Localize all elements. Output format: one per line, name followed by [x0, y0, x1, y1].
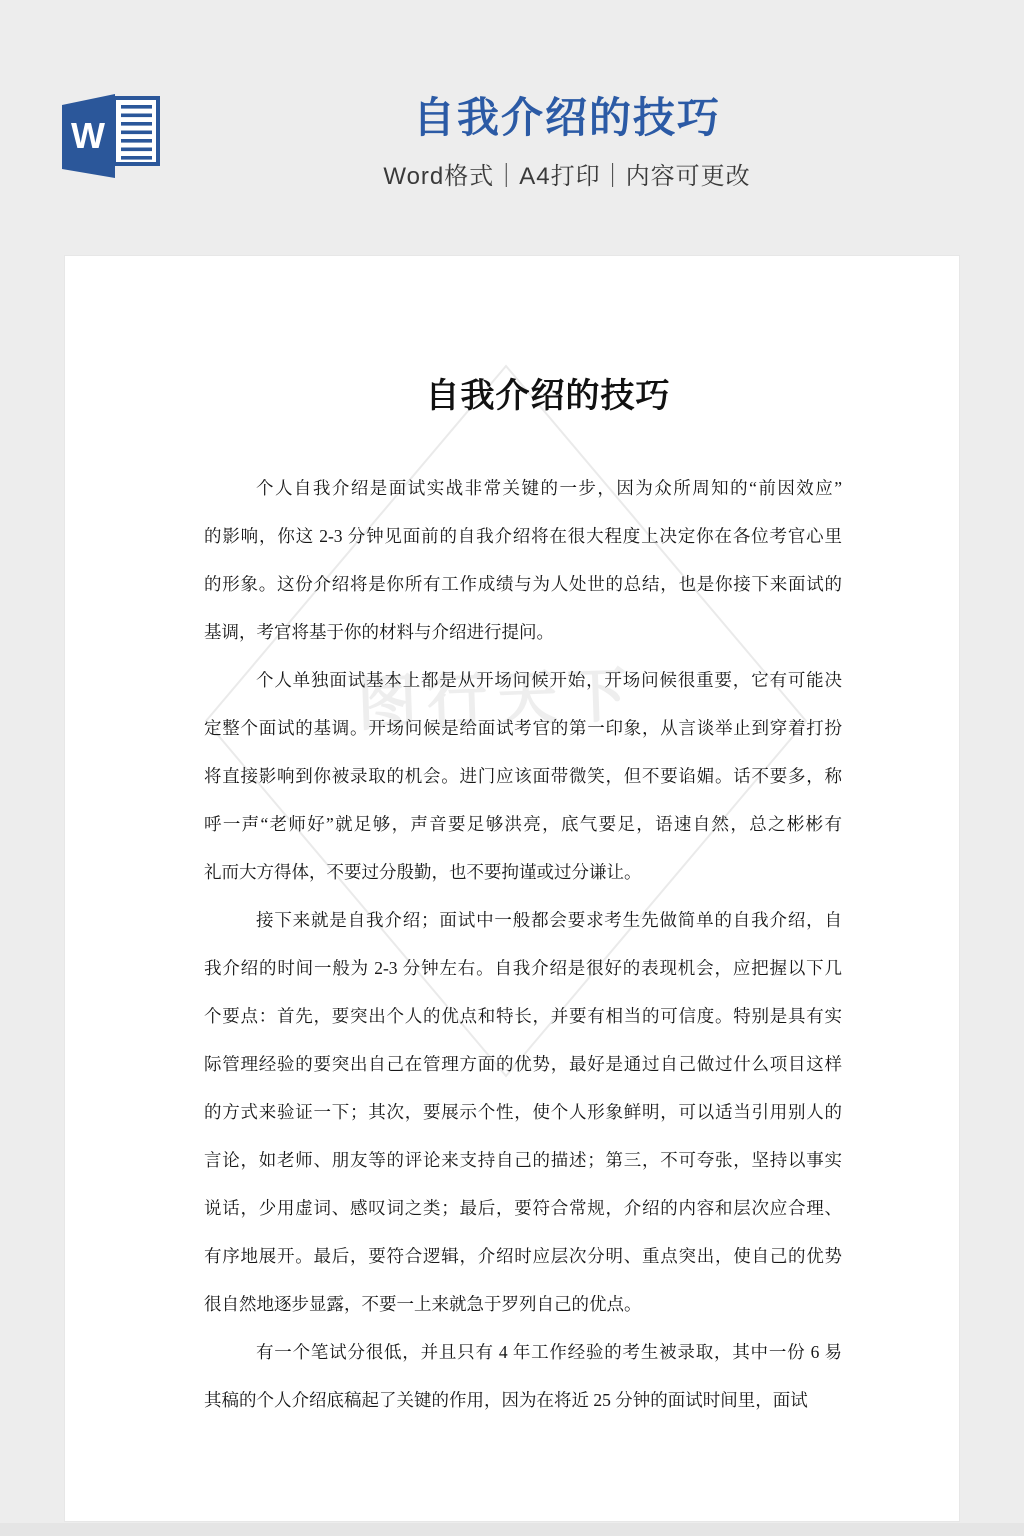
text-line-p2-l3: 将直接影响到你被录取的机会。进门应该面带微笑，但不要谄媚。话不要多，称 [204, 752, 842, 800]
text-line-p2-l4: 呼一声“老师好”就足够，声音要足够洪亮，底气要足，语速自然，总之彬彬有 [204, 800, 842, 848]
document-body: 个人自我介绍是面试实战非常关键的一步，因为众所周知的“前因效应”的影响，你这 2… [204, 464, 842, 1424]
text-line-p3-l9: 很自然地逐步显露，不要一上来就急于罗列自己的优点。 [204, 1280, 842, 1328]
text-line-p2-l2: 定整个面试的基调。开场问候是给面试考官的第一印象，从言谈举止到穿着打扮 [204, 704, 842, 752]
text-line-p3-l6: 言论，如老师、朋友等的评论来支持自己的描述；第三，不可夸张，坚持以事实 [204, 1136, 842, 1184]
text-line-p2-l5: 礼而大方得体，不要过分殷勤，也不要拘谨或过分谦让。 [204, 848, 842, 896]
header-text-block: 自我介绍的技巧 Word格式｜A4打印｜内容可更改 [0, 94, 1024, 191]
text-line-p4-l2: 其稿的个人介绍底稿起了关键的作用，因为在将近 25 分钟的面试时间里，面试 [204, 1376, 842, 1424]
text-line-p1-l3: 的形象。这份介绍将是你所有工作成绩与为人处世的总结，也是你接下来面试的 [204, 560, 842, 608]
text-line-p3-l4: 际管理经验的要突出自己在管理方面的优势，最好是通过自己做过什么项目这样 [204, 1040, 842, 1088]
text-line-p3-l8: 有序地展开。最后，要符合逻辑，介绍时应层次分明、重点突出，使自己的优势 [204, 1232, 842, 1280]
header-title: 自我介绍的技巧 [110, 94, 1024, 142]
text-line-p1-l4: 基调，考官将基于你的材料与介绍进行提问。 [204, 608, 842, 656]
footer-strip [0, 1523, 1024, 1536]
header-subtitle: Word格式｜A4打印｜内容可更改 [110, 156, 1024, 191]
text-line-p1-l1: 个人自我介绍是面试实战非常关键的一步，因为众所周知的“前因效应” [204, 464, 842, 512]
page-header: W 自我介绍的技巧 Word格式｜A4打印｜内容可更改 [0, 0, 1024, 255]
document-title: 自我介绍的技巧 [65, 368, 961, 417]
text-line-p3-l1: 接下来就是自我介绍；面试中一般都会要求考生先做简单的自我介绍，自 [204, 896, 842, 944]
text-line-p1-l2: 的影响，你这 2-3 分钟见面前的自我介绍将在很大程度上决定你在各位考官心里 [204, 512, 842, 560]
text-line-p3-l3: 个要点：首先，要突出个人的优点和特长，并要有相当的可信度。特别是具有实 [204, 992, 842, 1040]
text-line-p3-l7: 说话，少用虚词、感叹词之类；最后，要符合常规，介绍的内容和层次应合理、 [204, 1184, 842, 1232]
text-line-p3-l5: 的方式来验证一下；其次，要展示个性，使个人形象鲜明，可以适当引用别人的 [204, 1088, 842, 1136]
text-line-p4-l1: 有一个笔试分很低，并且只有 4 年工作经验的考生被录取，其中一份 6 易 [204, 1328, 842, 1376]
document-page: 图行天下 自我介绍的技巧 个人自我介绍是面试实战非常关键的一步，因为众所周知的“… [64, 255, 960, 1522]
text-line-p3-l2: 我介绍的时间一般为 2-3 分钟左右。自我介绍是很好的表现机会，应把握以下几 [204, 944, 842, 992]
text-line-p2-l1: 个人单独面试基本上都是从开场问候开始，开场问候很重要，它有可能决 [204, 656, 842, 704]
